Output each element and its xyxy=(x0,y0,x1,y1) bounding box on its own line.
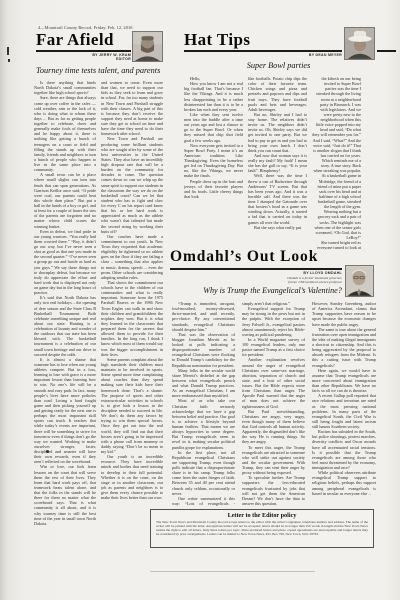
far-afield-headline: Tourney time tests talent, and parents xyxy=(36,66,191,75)
letter-policy-text: The New Town News and Mountrail County R… xyxy=(151,520,373,537)
omdahl-column-3: However, Stanley Greenberg, author of Am… xyxy=(312,301,376,507)
omdahl-column-1: “Trump is immodest, arrogant, foul-mouth… xyxy=(172,301,235,507)
omdahl-column-2: simply aren’t that religious.”Evangelica… xyxy=(242,301,305,507)
letter-policy-title: Letter to the Editor policy xyxy=(151,512,373,519)
kram-portrait-drawing xyxy=(133,32,162,61)
far-afield-column-1: Is there anything that binds North Dakot… xyxy=(34,80,96,572)
far-afield-byline: BY JERRY W. KRAM EDITOR xyxy=(36,53,131,62)
omdahl-byline: BY LLOYD OMDAHL xyxy=(230,271,342,275)
scan-artifact xyxy=(8,59,10,62)
page-bottom-rule xyxy=(150,571,315,572)
hat-tips-title-rule-right xyxy=(377,50,396,52)
far-afield-column-2: and women to come. Even more than that, … xyxy=(101,80,163,538)
far-afield-title-rule xyxy=(36,50,131,52)
omdahl-title: Omdahl’s Out Look xyxy=(170,249,318,265)
hat-tips-column-3: the kibosh on our being invited to Super… xyxy=(312,76,371,250)
letter-policy-box: Letter to the Editor policy The New Town… xyxy=(150,509,374,548)
hat-tips-byline: BY DEAN MEYER xyxy=(240,53,342,57)
omdahl-credit: Omdahl is a former lieutenant governor,f… xyxy=(205,276,342,285)
hat-tips-headline: Super Bowl parties xyxy=(186,61,371,70)
meyer-portrait-photo xyxy=(344,27,375,60)
hat-tips-title: Hat Tips xyxy=(184,31,250,48)
hat-tips-column-2: like footballs. Potato chip dips the col… xyxy=(248,76,307,250)
newspaper-page: 4—Mountrail County Record, Friday, Feb. … xyxy=(0,0,400,600)
far-afield-title: Far Afield xyxy=(36,31,114,48)
hat-tips-column-1: Hello,How you know I am not a real big f… xyxy=(184,76,243,250)
scan-artifact xyxy=(46,450,49,453)
kram-portrait-photo xyxy=(132,31,163,62)
hat-tips-title-rule xyxy=(184,50,342,52)
meyer-portrait-drawing xyxy=(345,28,374,59)
omdahl-headline: Why is Trump the Evangelical’s Valentine… xyxy=(172,286,373,295)
scan-artifact xyxy=(7,47,9,55)
far-afield-byline-role: EDITOR xyxy=(36,57,131,61)
